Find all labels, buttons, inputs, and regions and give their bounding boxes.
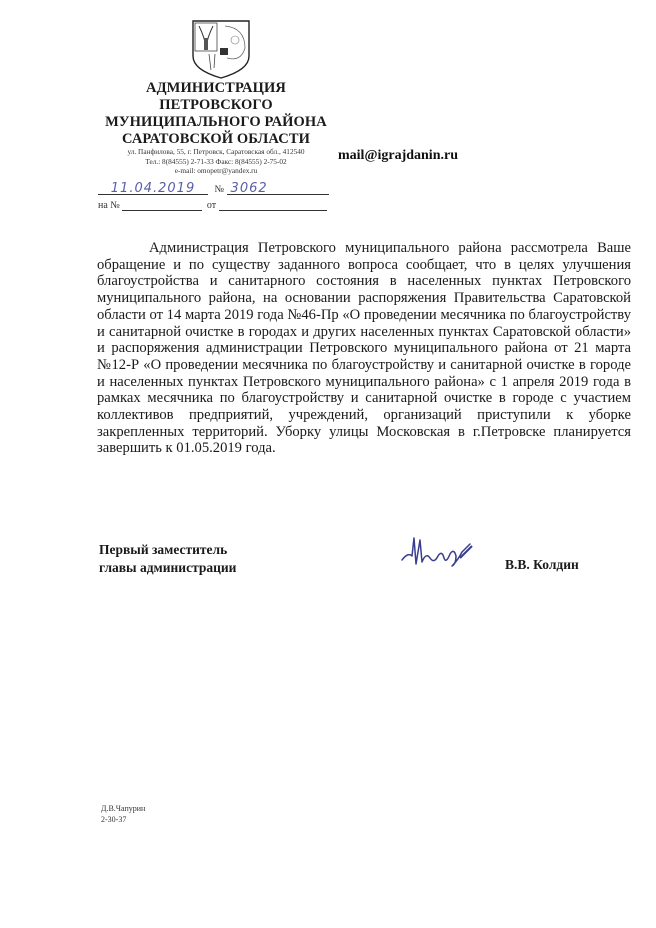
organization-name: АДМИНИСТРАЦИЯ ПЕТРОВСКОГО МУНИЦИПАЛЬНОГО… — [96, 80, 336, 148]
executor-name: Д.В.Чапурин — [101, 803, 145, 814]
body-paragraph: Администрация Петровского муниципального… — [97, 240, 631, 457]
signer-name: В.В. Колдин — [505, 557, 579, 573]
incoming-reference: на № от — [98, 197, 327, 211]
outgoing-date: 11.04.2019 — [98, 181, 208, 195]
signer-title: Первый заместитель главы администрации — [99, 541, 236, 577]
outgoing-number: 3062 — [227, 181, 329, 195]
from-label: от — [207, 200, 216, 211]
org-address: ул. Панфилова, 55, г. Петровск, Саратовс… — [96, 147, 336, 157]
org-name-line: МУНИЦИПАЛЬНОГО РАЙОНА — [96, 114, 336, 131]
ref-number-field — [122, 197, 202, 211]
signer-title-line2: главы администрации — [99, 559, 236, 577]
org-name-line: ПЕТРОВСКОГО — [96, 97, 336, 114]
signer-title-line1: Первый заместитель — [99, 541, 236, 559]
org-name-line: АДМИНИСТРАЦИЯ — [96, 80, 336, 97]
org-email: e-mail: omopetr@yandex.ru — [96, 166, 336, 176]
ref-label: на № — [98, 200, 120, 211]
handwritten-signature-icon — [398, 530, 488, 575]
recipient-email: mail@igrajdanin.ru — [338, 148, 458, 164]
coat-of-arms-emblem — [185, 18, 257, 80]
organization-contacts: ул. Панфилова, 55, г. Петровск, Саратовс… — [96, 147, 336, 176]
org-phone-fax: Тел.: 8(84555) 2-71-33 Факс: 8(84555) 2-… — [96, 157, 336, 167]
number-label: № — [215, 184, 225, 195]
executor-phone: 2-30-37 — [101, 814, 145, 825]
org-name-line: САРАТОВСКОЙ ОБЛАСТИ — [96, 131, 336, 148]
outgoing-registration: 11.04.2019 № 3062 — [98, 181, 329, 195]
ref-date-field — [219, 197, 327, 211]
letter-body: Администрация Петровского муниципального… — [97, 240, 631, 457]
executor-info: Д.В.Чапурин 2-30-37 — [101, 803, 145, 825]
